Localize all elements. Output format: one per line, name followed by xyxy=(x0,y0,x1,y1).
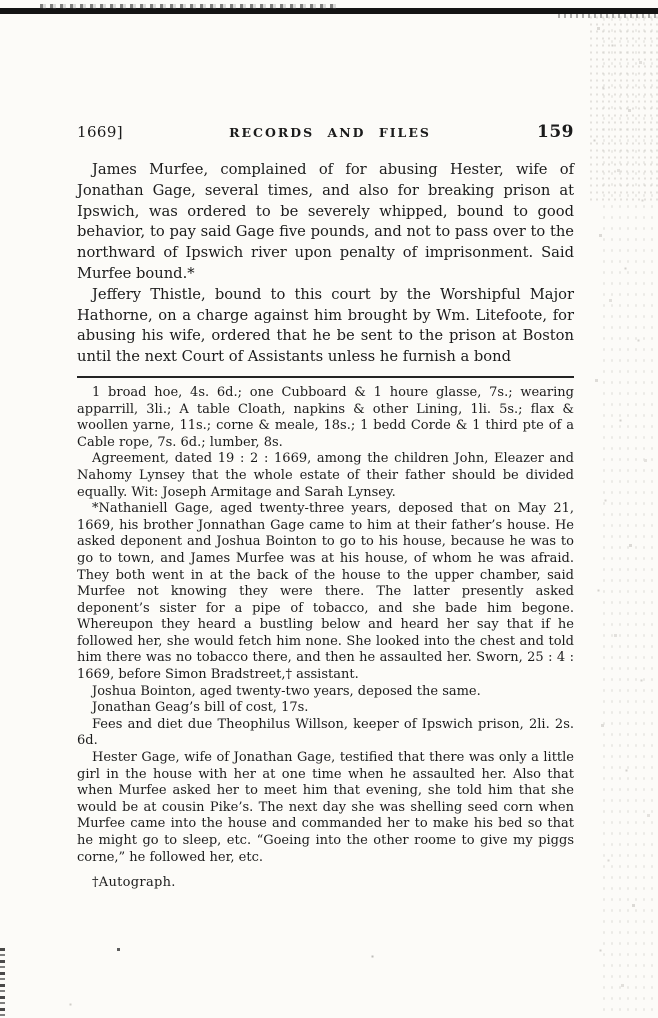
scanned-book-page: 1669] RECORDS AND FILES 159 James Murfee… xyxy=(0,0,658,1018)
autograph-note: †Autograph. xyxy=(77,875,574,892)
footnote-paragraph: Jonathan Geag’s bill of cost, 17s. xyxy=(77,700,574,717)
footnote-separator-rule xyxy=(77,376,574,378)
page-content: 1669] RECORDS AND FILES 159 James Murfee… xyxy=(0,124,658,892)
scan-artifact-top-bar xyxy=(0,8,658,14)
scan-artifact-left-strip xyxy=(0,948,5,1018)
main-text-block: James Murfee, complained of for abusing … xyxy=(77,160,574,368)
header-title: RECORDS AND FILES xyxy=(229,127,431,140)
footnote-paragraph: Hester Gage, wife of Jonathan Gage, test… xyxy=(77,750,574,866)
footnotes-block: 1 broad hoe, 4s. 6d.; one Cubboard & 1 h… xyxy=(77,385,574,866)
scan-noise-specks xyxy=(0,0,1,1)
footnote-paragraph: Agreement, dated 19 : 2 : 1669, among th… xyxy=(77,451,574,501)
body-paragraph: Jeffery Thistle, bound to this court by … xyxy=(77,285,574,368)
footnote-paragraph: 1 broad hoe, 4s. 6d.; one Cubboard & 1 h… xyxy=(77,385,574,451)
running-head: 1669] RECORDS AND FILES 159 xyxy=(77,124,574,141)
footnote-paragraph: Joshua Bointon, aged twenty-two years, d… xyxy=(77,684,574,701)
footnote-paragraph: Fees and diet due Theophilus Willson, ke… xyxy=(77,717,574,750)
header-year-label: 1669] xyxy=(77,125,123,140)
body-paragraph: James Murfee, complained of for abusing … xyxy=(77,160,574,285)
footnote-paragraph: *Nathaniell Gage, aged twenty-three year… xyxy=(77,501,574,684)
header-page-number: 159 xyxy=(537,124,574,141)
